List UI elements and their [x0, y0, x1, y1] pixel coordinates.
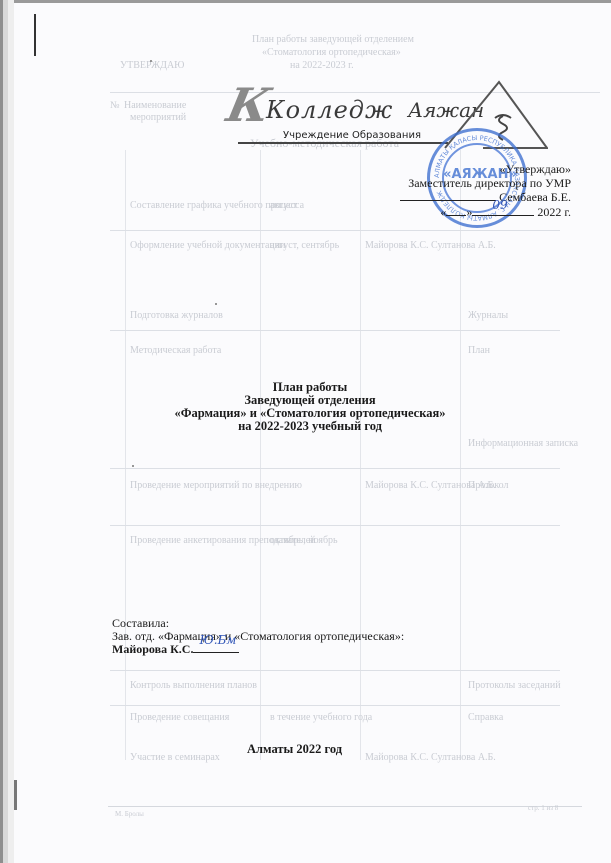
ghost-cell: Контроль выполнения планов	[130, 680, 257, 692]
ghost-col-divider	[125, 150, 126, 760]
date-day-line	[446, 205, 466, 216]
approve-label: «Утверждаю»	[400, 163, 571, 177]
approver-name-line: Сембаева Б.Е.	[400, 190, 571, 205]
ghost-header-left: УТВЕРЖДАЮ	[120, 60, 184, 72]
ghost-col-name2: мероприятий	[130, 112, 186, 124]
ghost-header-line: План работы заведующей отделением	[252, 34, 414, 46]
city-year: Алматы 2022 год	[247, 742, 342, 757]
scan-mark-bottom	[14, 780, 17, 810]
approval-date-line: «»09 2022 г.	[400, 205, 571, 220]
ghost-cell: Майорова К.С. Султанова А.Б.	[365, 752, 496, 764]
date-month-handwritten: 09	[492, 199, 507, 213]
ghost-cell: Протоколы заседаний	[468, 680, 561, 692]
composer-signature-line: Ю.Бм	[193, 642, 239, 653]
logo-name-part1: Колледж	[266, 96, 393, 124]
scan-left-edge	[0, 0, 14, 863]
ghost-col-name: Наименование	[124, 100, 186, 112]
composer-name-line: Майорова К.С.Ю.Бм	[112, 642, 404, 656]
approver-name: Сембаева Б.Е.	[499, 190, 571, 204]
composer-name: Майорова К.С.	[112, 642, 193, 656]
ghost-cell: Проведение совещания	[130, 712, 229, 724]
ghost-row-line	[110, 705, 560, 706]
ghost-row-line	[110, 230, 560, 231]
ghost-row-line	[110, 670, 560, 671]
date-year: 2022 г.	[537, 205, 571, 219]
ghost-cell: Майорова К.С. Султанова А.Б.	[365, 240, 496, 252]
ghost-row-line	[110, 468, 560, 469]
ghost-row-line	[110, 525, 560, 526]
logo-underline	[238, 142, 448, 144]
ghost-cell: План	[468, 345, 490, 357]
ghost-cell: Журналы	[468, 310, 508, 322]
scan-mark	[34, 14, 36, 56]
ghost-cell: Проведение мероприятий по внедрению	[130, 480, 302, 492]
ghost-cell: Протокол	[468, 480, 509, 492]
composer-label: Составила:	[112, 617, 404, 630]
ghost-cell: Участие в семинарах	[130, 752, 220, 764]
ghost-cell: август, сентябрь	[270, 240, 339, 252]
ghost-cell: Справка	[468, 712, 503, 724]
composer-block: Составила: Зав. отд. «Фармация» и «Стома…	[112, 617, 404, 656]
ghost-cell: август	[270, 200, 297, 212]
ghost-footer-rule	[108, 806, 582, 807]
ghost-cell: Оформление учебной документации	[130, 240, 285, 252]
ghost-cell: в течение учебного года	[270, 712, 372, 724]
ghost-cell: Методическая работа	[130, 345, 221, 357]
approver-position: Заместитель директора по УМР	[400, 177, 571, 191]
scan-top-edge	[0, 0, 611, 3]
logo-subtitle: Учреждение Образования	[283, 130, 421, 141]
approver-signature-line	[400, 190, 496, 201]
date-month-line: 09	[472, 205, 534, 216]
ghost-footer-right: стр. 1 из 8	[528, 804, 558, 812]
ghost-header-line: «Стоматология ортопедическая»	[262, 47, 401, 59]
ghost-row-line	[110, 330, 560, 331]
ghost-footer-left: М. Бролы	[115, 810, 144, 818]
scan-speck	[150, 60, 152, 62]
scan-speck	[215, 303, 217, 305]
ghost-cell: Подготовка журналов	[130, 310, 223, 322]
scan-speck	[132, 465, 134, 467]
approval-block: «Утверждаю» Заместитель директора по УМР…	[400, 163, 571, 219]
composer-signature: Ю.Бм	[199, 634, 236, 647]
ghost-col-no: №	[110, 100, 120, 112]
document-title: План работы Заведующей отделения «Фармац…	[150, 381, 470, 433]
ghost-col-divider	[360, 150, 361, 760]
title-line-4: на 2022-2023 учебный год	[150, 420, 470, 433]
composer-role: Зав. отд. «Фармация» и «Стоматология орт…	[112, 630, 404, 643]
ghost-cell: Информационная записка	[468, 438, 578, 450]
ghost-header-line: на 2022-2023 г.	[290, 60, 354, 72]
ghost-cell: октябрь, ноябрь	[270, 535, 338, 547]
